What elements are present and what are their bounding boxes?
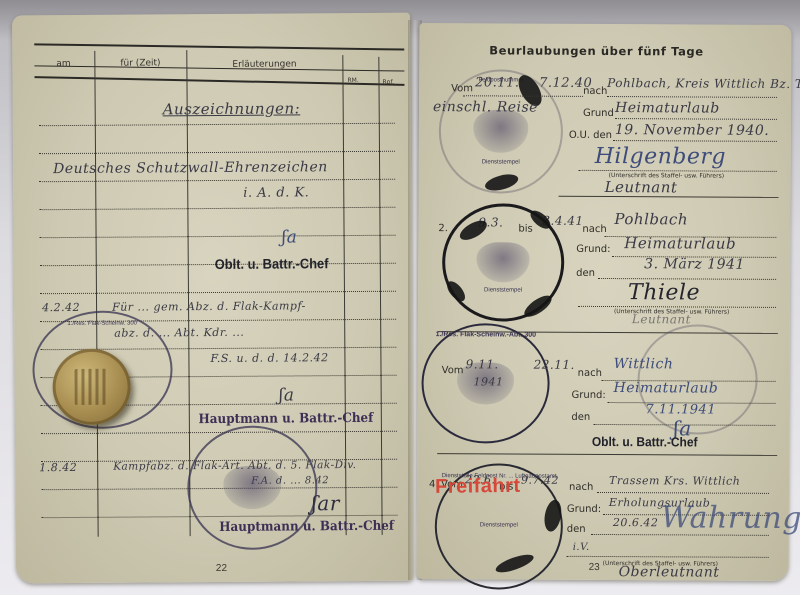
column-header-rm: RM. [347,77,358,84]
row-line [40,235,396,238]
section-divider [437,453,777,456]
row-line [39,179,395,182]
page-number-right: 23 [589,562,600,573]
entry-1-text: Deutsches Schutzwall-Ehrenzeichen [53,159,328,177]
entry-2-date: 4.2.42 [42,301,80,314]
freifahrt-overprint: Freifahrt [435,475,521,499]
entry-2-rank: Leutnant [632,312,691,326]
label-ou-den: O.U. den [569,130,612,141]
entry-1-from: 20.11. [475,75,519,90]
entry-3-date: 7.11.1941 [645,402,716,417]
entry-4-date: 20.6.42 [613,516,659,529]
entry-4-signature: Wahrung [661,500,800,536]
column-header-erlaeuterungen: Erläuterungen [232,59,296,69]
row-line [40,291,396,294]
row-line [39,123,395,126]
label-nach: nach [583,86,607,97]
entry-1-reason: Heimaturlaub [615,100,720,117]
signature-1: ʃa [282,227,298,247]
rank-stamp-2: Hauptmann u. Battr.-Chef [198,411,373,427]
entry-4-rank: Oberleutnant [619,564,720,581]
label-nach: nach [578,368,602,379]
entry-2-signature: Thiele [628,280,700,305]
stamp-caption: Dienststempel [441,159,561,166]
page-number-left: 22 [216,563,227,574]
label-nach: nach [582,224,606,235]
label-den: den [567,524,586,535]
column-header-rpf: Rpf. [382,79,394,86]
entry-3-date: 1.8.42 [39,461,77,474]
field-line [615,118,777,120]
rank-stamp-1: Oblt. u. Battr.-Chef [215,255,329,272]
entry-2-number: 2. [438,223,448,234]
entry-1-signature: Hilgenberg [595,144,726,170]
entry-3-from: 9.11. [466,357,499,371]
coin [52,349,131,426]
entry-2-date: 3. März 1941 [644,256,745,273]
eagle-emblem-icon [473,110,528,153]
label-grund: Grund: [567,504,601,515]
row-line [39,207,395,210]
entry-3-destination: Wittlich [614,356,674,372]
label-vom: Vom [451,83,473,94]
entry-3-reason: Heimaturlaub [614,380,719,397]
left-page: am für (Zeit) Erläuterungen RM. Rpf. Aus… [12,13,414,584]
rank-stamp-3: Hauptmann u. Battr.-Chef [219,519,394,535]
entry-4-destination: Trassem Krs. Wittlich [609,474,740,488]
label-bis: bis [518,224,532,235]
entry-1-extra: einschl. Reise [433,99,538,116]
entry-3-to: 22.11. [534,358,575,372]
row-line [39,151,395,154]
signature-3: ʃar [311,491,340,515]
entry-1-text2: i. A. d. K. [243,185,309,200]
field-line [613,140,777,142]
label-grund: Grund: [576,244,610,255]
eagle-emblem-icon [476,242,530,283]
eagle-emblem-icon [223,466,281,510]
stamp-ring-text: 1./Res. Flak-Scheinw.-Abt. 300 [424,331,548,339]
entry-1-destination: Pohlbach, Kreis Wittlich Bz. Trier [607,76,800,91]
rank-stamp-right: Oblt. u. Battr.-Chef [592,434,698,450]
label-den: den [576,268,595,279]
label-grund: Grund [583,108,614,119]
entry-4-note: i.V. [573,542,590,553]
label-den: den [571,412,590,423]
label-vom: Vom [442,365,464,376]
right-page: Beurlaubungen über fünf Tage Feldpostnum… [417,23,792,581]
entry-2-text3: F.S. u. d. d. 14.2.42 [210,351,328,365]
entry-2-text: Für ... gem. Abz. d. Flak-Kampf- [112,299,306,313]
header-rule-top [34,43,404,50]
entry-1-rank: Leutnant [605,178,678,196]
column-header-am: am [56,59,70,69]
entry-4-to: 9.7.42 [521,474,559,487]
field-line [597,492,769,494]
entry-1-date: 19. November 1940. [615,122,769,139]
header-rule-mid [34,65,404,71]
label-nach: nach [569,482,593,493]
awards-heading: Auszeichnungen: [163,99,301,118]
column-divider [378,57,382,535]
coin-relief [74,369,106,405]
entry-2-destination: Pohlbach [614,210,688,228]
label-grund: Grund: [571,390,605,401]
entry-3-year: 1941 [474,375,504,388]
column-header-zeit: für (Zeit) [120,58,160,68]
stamp-ring-text: 1./Res. Flak-Scheinw. 300 [34,320,170,327]
field-line [567,556,769,558]
field-line [607,96,777,98]
stamp-caption: Dienststempel [437,523,561,530]
section-divider [559,196,779,198]
signature-2: ʃa [279,385,295,405]
entry-2-reason: Heimaturlaub [624,234,736,253]
page-title: Beurlaubungen über fünf Tage [489,43,703,58]
